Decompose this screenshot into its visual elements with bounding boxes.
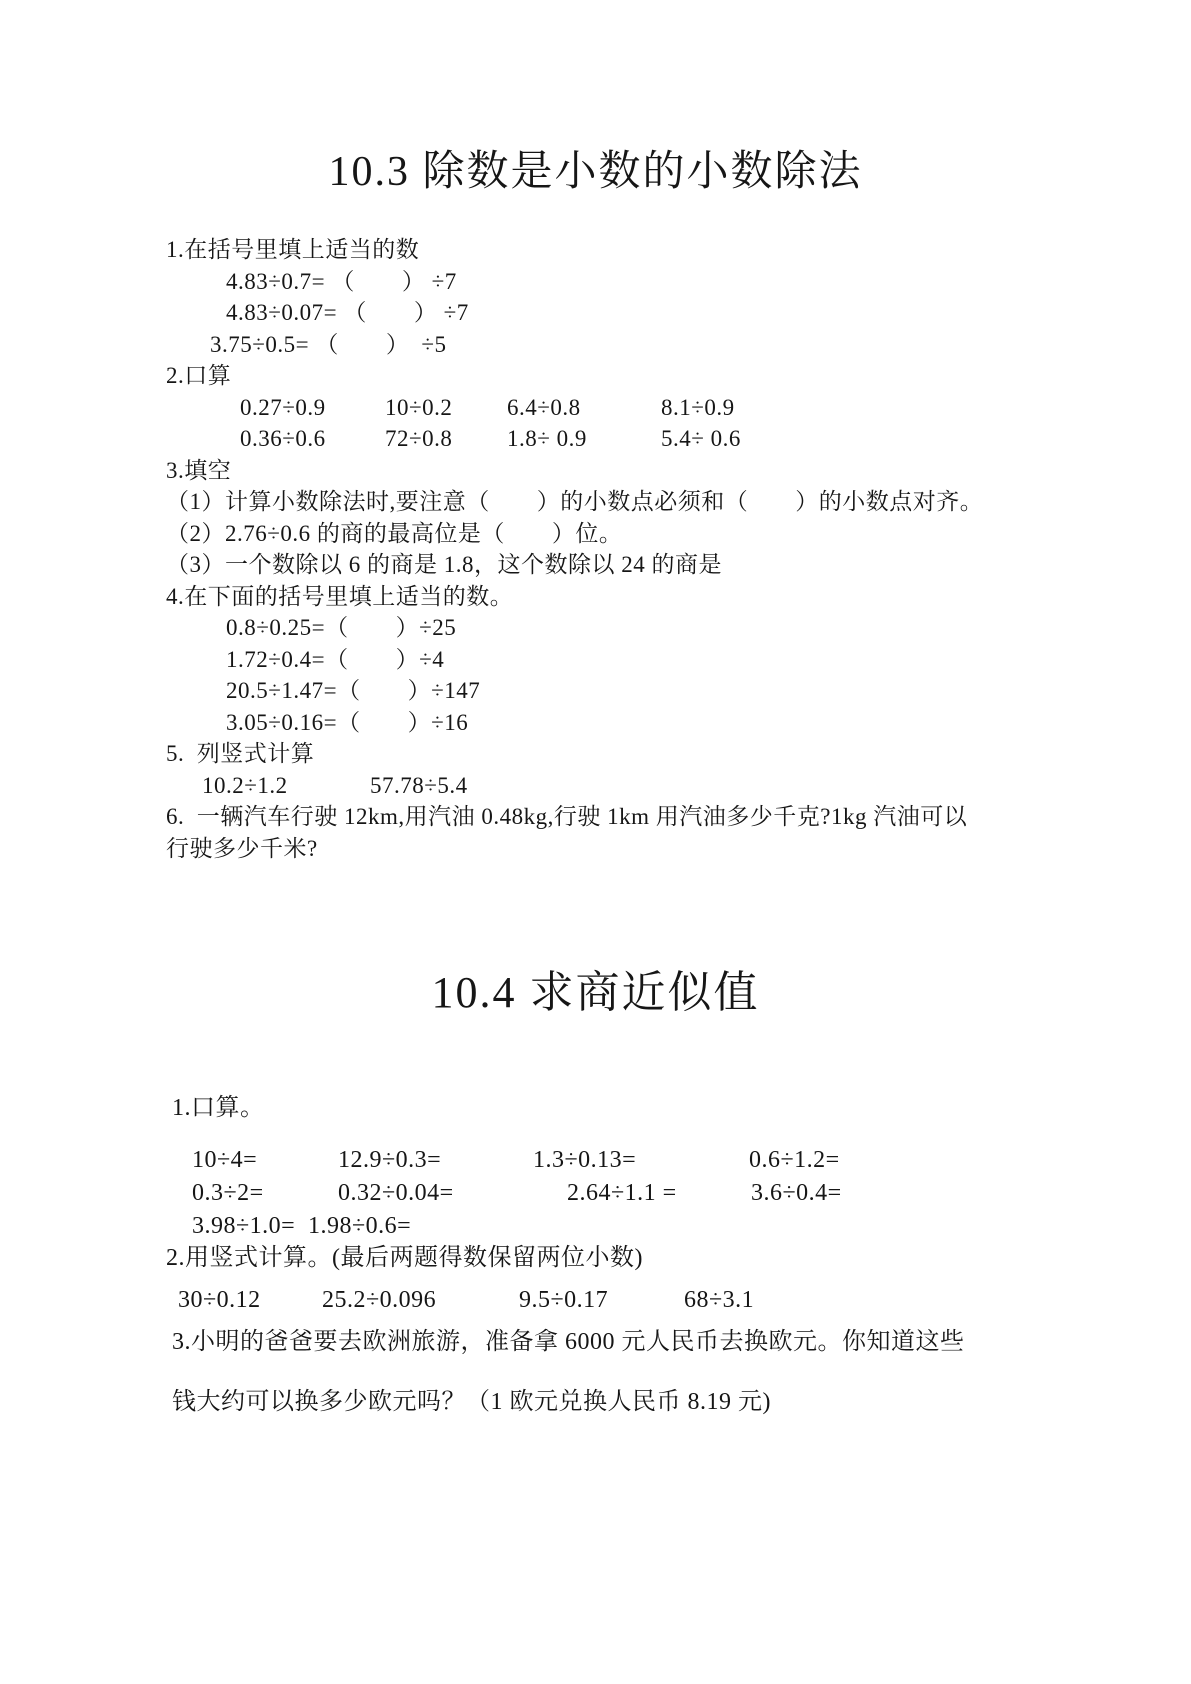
oral-calc-item: 0.36÷0.6 xyxy=(240,423,385,455)
vertical-calc-item: 30÷0.12 xyxy=(178,1284,322,1316)
s1-q3-item: （2）2.76÷0.6 的商的最高位是（ ）位。 xyxy=(166,518,1126,550)
oral-calc-row: 10÷4=12.9÷0.3=1.3÷0.13=0.6÷1.2= xyxy=(192,1144,842,1177)
s2-q1-rows: 10÷4=12.9÷0.3=1.3÷0.13=0.6÷1.2= 0.3÷2=0.… xyxy=(192,1144,842,1243)
section-1-body: 1.在括号里填上适当的数 4.83÷0.7= （ ） ÷7 4.83÷0.07=… xyxy=(166,234,1126,864)
oral-calc-item: 1.8÷ 0.9 xyxy=(507,423,661,455)
oral-calc-item: 5.4÷ 0.6 xyxy=(661,423,741,455)
s1-q5-row: 10.2÷1.257.78÷5.4 xyxy=(166,770,1126,802)
oral-calc-item: 0.32÷0.04= xyxy=(338,1177,567,1210)
s1-q1-equation: 4.83÷0.07= （ ） ÷7 xyxy=(166,297,1126,329)
oral-calc-row: 0.3÷2=0.32÷0.04=2.64÷1.1 =3.6÷0.4= xyxy=(192,1177,842,1210)
s1-q4-equation: 0.8÷0.25=（ ）÷25 xyxy=(166,612,1126,644)
vertical-calc-item: 10.2÷1.2 xyxy=(202,770,370,802)
oral-calc-item: 3.6÷0.4= xyxy=(751,1177,842,1210)
oral-calc-item: 8.1÷0.9 xyxy=(661,392,735,424)
s1-q4-equation: 3.05÷0.16=（ ）÷16 xyxy=(166,707,1126,739)
oral-calc-item: 0.6÷1.2= xyxy=(749,1144,840,1177)
s1-q3-item: （3）一个数除以 6 的商是 1.8，这个数除以 24 的商是 xyxy=(166,549,1126,581)
oral-calc-item: 2.64÷1.1 = xyxy=(567,1177,751,1210)
oral-calc-item: 0.27÷0.9 xyxy=(240,392,385,424)
section-1-title: 10.3 除数是小数的小数除法 xyxy=(0,138,1191,198)
vertical-calc-item: 68÷3.1 xyxy=(684,1284,754,1316)
s1-q3-label: 3.填空 xyxy=(166,455,1126,487)
s2-q2-row: 30÷0.1225.2÷0.0969.5÷0.1768÷3.1 xyxy=(178,1284,754,1316)
oral-calc-item: 3.98÷1.0= xyxy=(192,1210,308,1243)
s1-q4-equation: 20.5÷1.47=（ ）÷147 xyxy=(166,675,1126,707)
s2-q3-text-line2: 钱大约可以换多少欧元吗？（1 欧元兑换人民币 8.19 元) xyxy=(172,1386,771,1418)
document-page: 10.3 除数是小数的小数除法 1.在括号里填上适当的数 4.83÷0.7= （… xyxy=(0,0,1191,1684)
s1-q1-label: 1.在括号里填上适当的数 xyxy=(166,234,1126,266)
oral-calc-item: 10÷0.2 xyxy=(385,392,507,424)
s1-q6-text-line1: 6. 一辆汽车行驶 12km,用汽油 0.48kg,行驶 1km 用汽油多少千克… xyxy=(166,801,1126,833)
s1-q3-item: （1）计算小数除法时,要注意（ ）的小数点必须和（ ）的小数点对齐。 xyxy=(166,486,1126,518)
s1-q2-label: 2.口算 xyxy=(166,360,1126,392)
s1-q4-label: 4.在下面的括号里填上适当的数。 xyxy=(166,581,1126,613)
s1-q6-text-line2: 行驶多少千米? xyxy=(166,833,1126,865)
oral-calc-item: 0.3÷2= xyxy=(192,1177,338,1210)
vertical-calc-item: 57.78÷5.4 xyxy=(370,770,468,802)
oral-calc-row: 3.98÷1.0=1.98÷0.6= xyxy=(192,1210,842,1243)
vertical-calc-item: 9.5÷0.17 xyxy=(519,1284,684,1316)
section-2-title: 10.4 求商近似值 xyxy=(0,956,1191,1020)
s1-q4-equation: 1.72÷0.4=（ ）÷4 xyxy=(166,644,1126,676)
s1-q1-equation: 3.75÷0.5= （ ） ÷5 xyxy=(166,329,1126,361)
vertical-calc-item: 25.2÷0.096 xyxy=(322,1284,519,1316)
s1-q5-label: 5. 列竖式计算 xyxy=(166,738,1126,770)
oral-calc-item: 1.98÷0.6= xyxy=(308,1210,411,1243)
oral-calc-item: 12.9÷0.3= xyxy=(338,1144,533,1177)
oral-calc-item: 72÷0.8 xyxy=(385,423,507,455)
s1-q2-row: 0.36÷0.672÷0.81.8÷ 0.95.4÷ 0.6 xyxy=(166,423,1126,455)
oral-calc-item: 10÷4= xyxy=(192,1144,338,1177)
s1-q2-row: 0.27÷0.910÷0.26.4÷0.88.1÷0.9 xyxy=(166,392,1126,424)
s2-q2-label: 2.用竖式计算。(最后两题得数保留两位小数) xyxy=(166,1242,643,1274)
s2-q1-label: 1.口算。 xyxy=(172,1092,265,1124)
s1-q1-equation: 4.83÷0.7= （ ） ÷7 xyxy=(166,266,1126,298)
oral-calc-item: 6.4÷0.8 xyxy=(507,392,661,424)
s2-q3-text-line1: 3.小明的爸爸要去欧洲旅游，准备拿 6000 元人民币去换欧元。你知道这些 xyxy=(172,1326,965,1358)
oral-calc-item: 1.3÷0.13= xyxy=(533,1144,749,1177)
